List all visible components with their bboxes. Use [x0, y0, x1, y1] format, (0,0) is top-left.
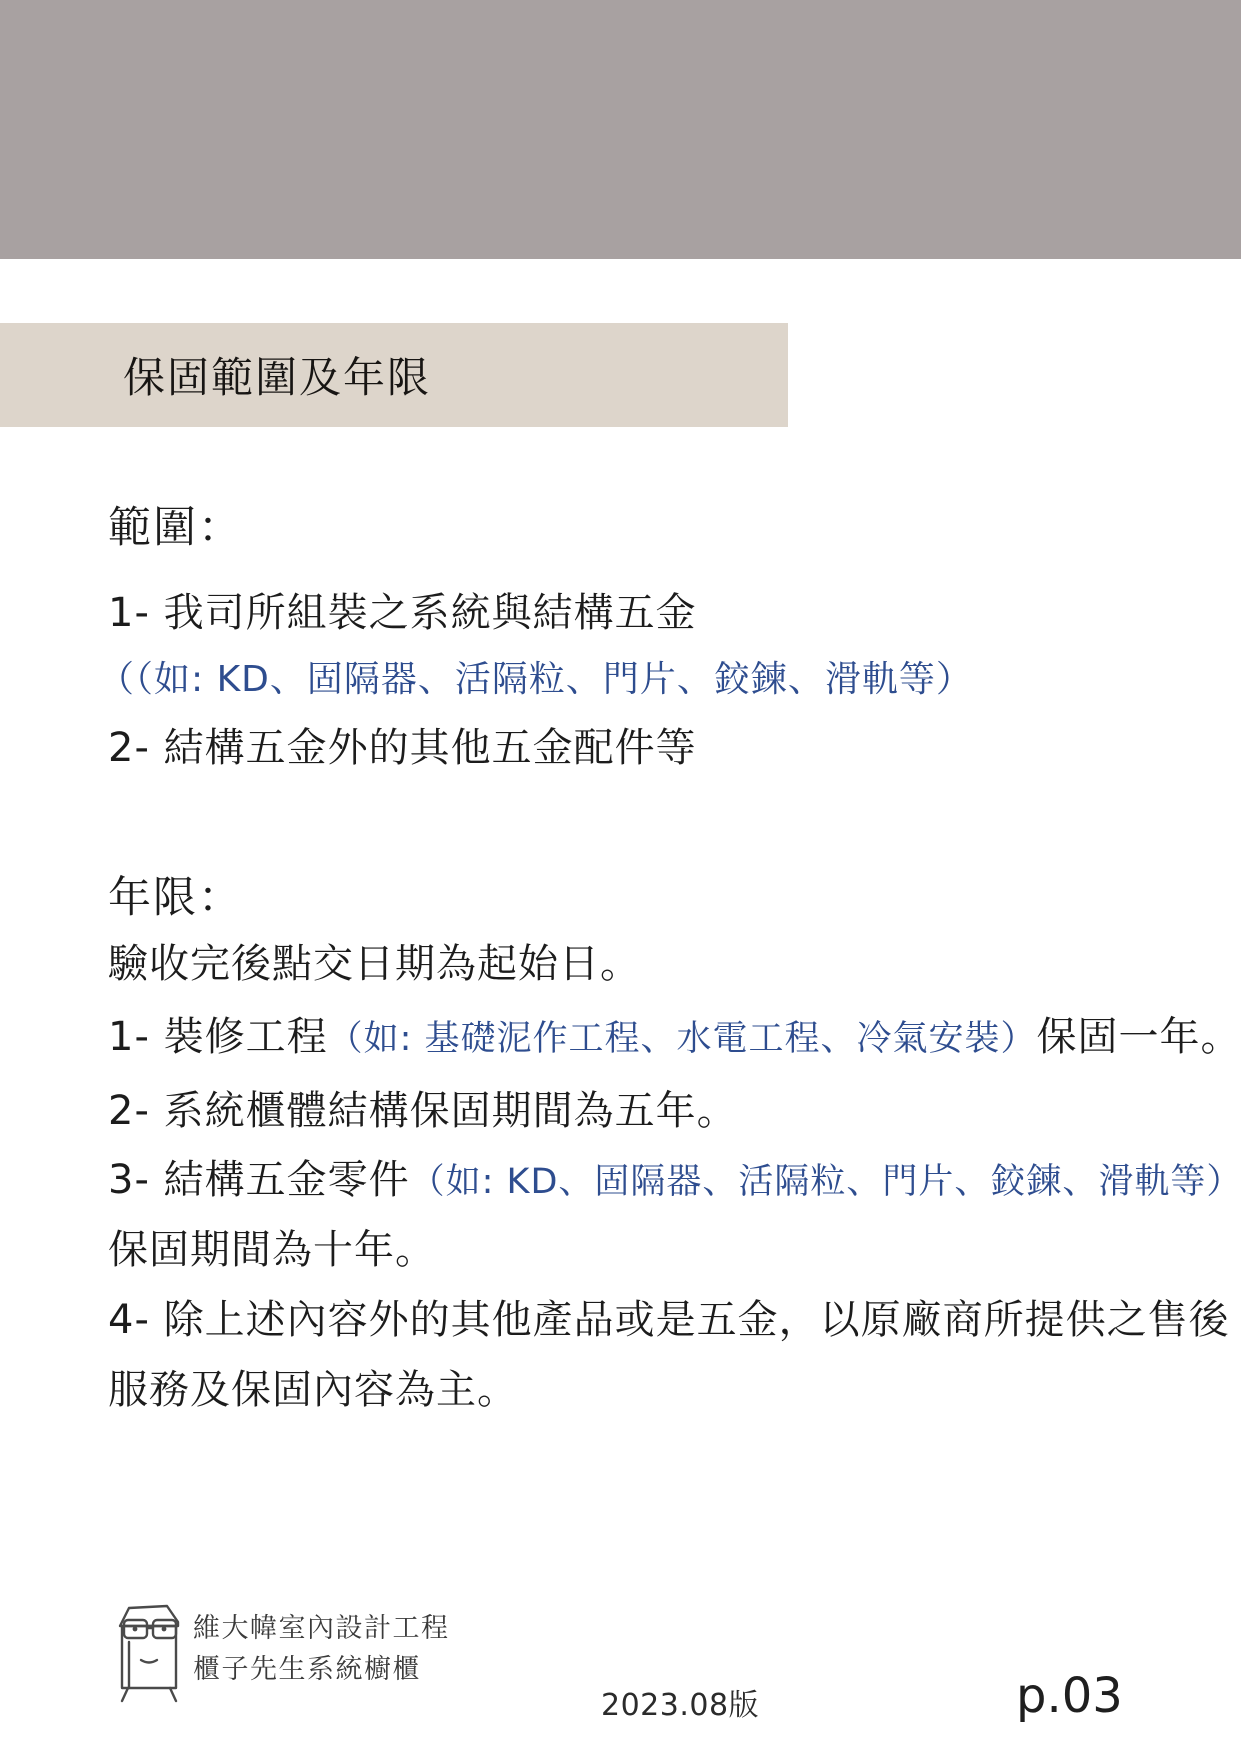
footer-page-number: p.03: [1016, 1668, 1123, 1724]
terms-item-1-post: 保固一年。: [1037, 1014, 1241, 1060]
page-title: 保固範圍及年限: [0, 345, 431, 405]
terms-item-1-pre: 1- 裝修工程: [108, 1014, 328, 1060]
scope-item-1-note: （（如: KD、固隔器、活隔粒、門片、鉸鍊、滑軌等）: [98, 651, 973, 702]
terms-heading: 年限：: [108, 864, 243, 925]
scope-heading: 範圍：: [108, 494, 243, 555]
terms-item-3-note: （如: KD、固隔器、活隔粒、門片、鉸鍊、滑軌等）: [410, 1162, 1241, 1202]
terms-item-3-pre: 3- 結構五金零件: [108, 1157, 410, 1203]
document-page: 保固範圍及年限 範圍： 1- 我司所組裝之系統與結構五金 （（如: KD、固隔器…: [0, 0, 1241, 1754]
terms-item-2: 2- 系統櫃體結構保固期間為五年。: [108, 1079, 738, 1136]
title-bar: 保固範圍及年限: [0, 323, 788, 427]
terms-item-4-line-1: 4- 除上述內容外的其他產品或是五金，以原廠商所提供之售後: [108, 1288, 1230, 1345]
terms-item-1-note: （如: 基礎泥作工程、水電工程、冷氣安裝）: [328, 1019, 1037, 1059]
footer-company-line-1: 維大幃室內設計工程: [193, 1608, 450, 1649]
footer-company-line-2: 櫃子先生系統櫥櫃: [193, 1649, 450, 1690]
terms-item-1: 1- 裝修工程（如: 基礎泥作工程、水電工程、冷氣安裝）保固一年。: [108, 1005, 1241, 1062]
terms-item-3-cont: 保固期間為十年。: [108, 1218, 436, 1275]
terms-item-3: 3- 結構五金零件（如: KD、固隔器、活隔粒、門片、鉸鍊、滑軌等）: [108, 1148, 1241, 1205]
terms-item-4-line-2: 服務及保固內容為主。: [108, 1358, 518, 1415]
header-band: [0, 0, 1241, 259]
scope-item-2: 2- 結構五金外的其他五金配件等: [108, 716, 697, 773]
footer-version: 2023.08版: [601, 1680, 759, 1724]
footer-company: 維大幃室內設計工程 櫃子先生系統櫥櫃: [193, 1608, 450, 1690]
scope-item-1: 1- 我司所組裝之系統與結構五金: [108, 581, 697, 638]
cabinet-mascot-icon: [113, 1602, 185, 1704]
terms-intro: 驗收完後點交日期為起始日。: [108, 932, 641, 989]
